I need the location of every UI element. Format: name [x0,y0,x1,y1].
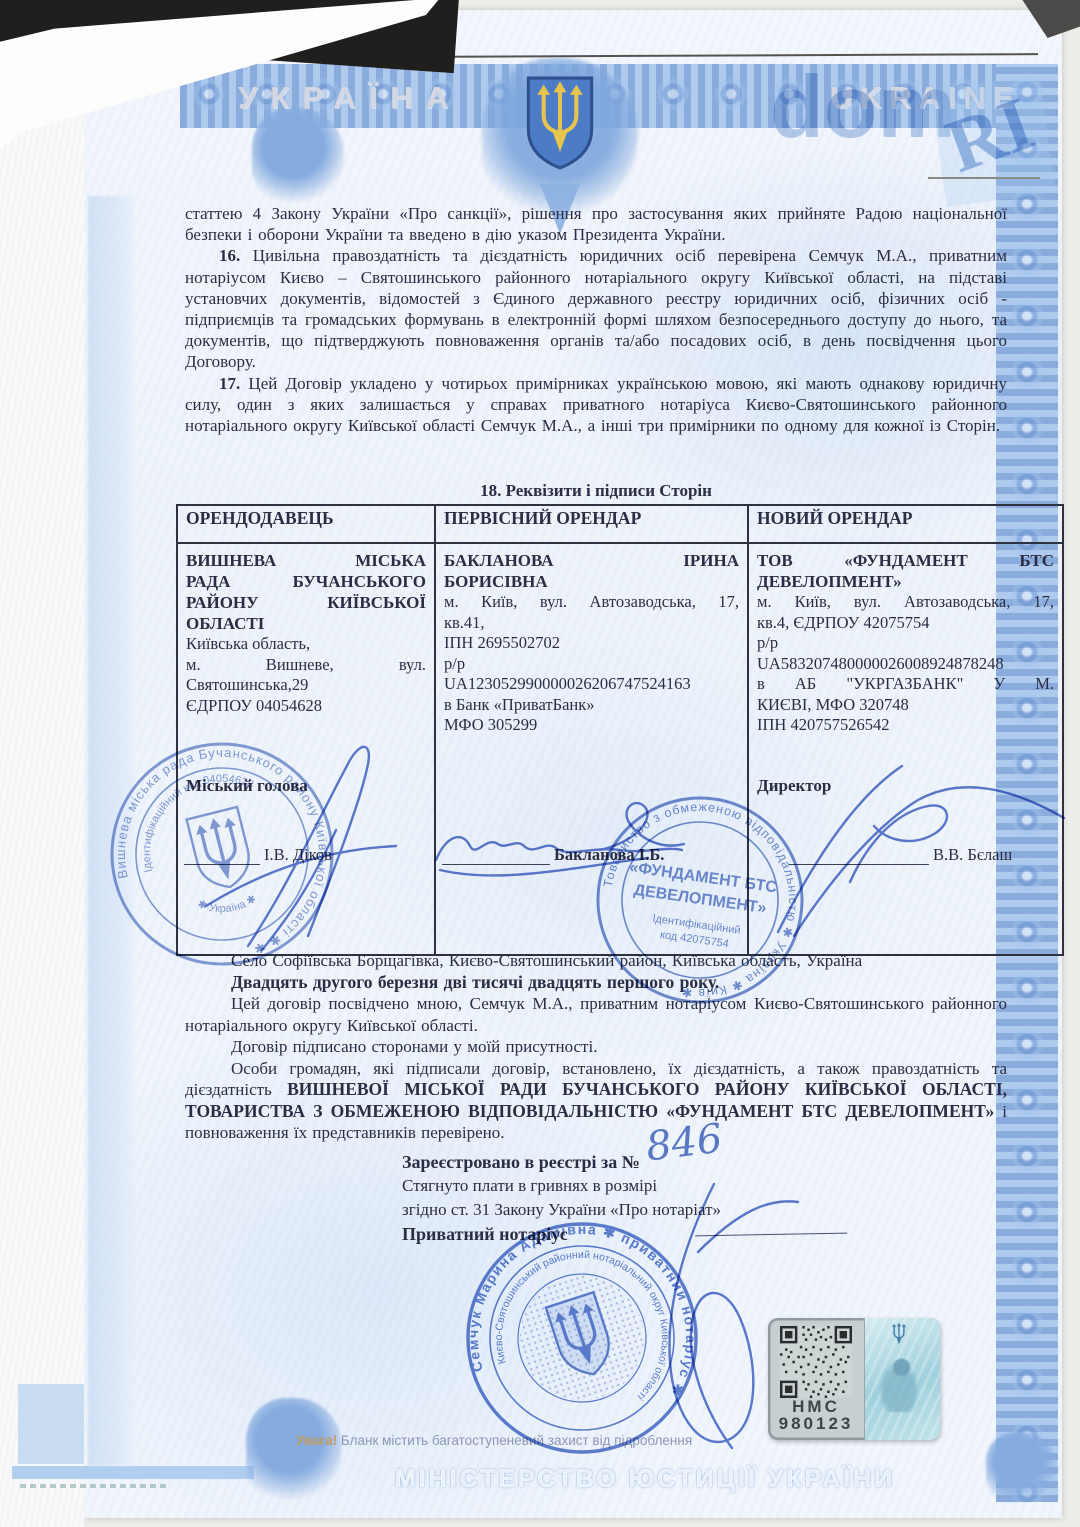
new-tenant-edrpou: кв.4, ЄДРПОУ 42075754 [757,613,1054,634]
first-tenant-address-line: м. Київ, вул. Автозаводська, 17, [444,592,739,613]
paragraph-sanctions: статтею 4 Закону України «Про санкції», … [185,203,1007,245]
left-margin-micro-print [20,1484,170,1488]
council-stamp-country-text: ✱ Україна ✱ [193,885,259,923]
landlord-name-line: РАДА БУЧАНСЬКОГО [186,571,426,592]
ministry-title: МІНІСТЕРСТВО ЮСТИЦІЇ УКРАЇНИ [395,1465,895,1494]
closing-verified-parties: ВИШНЕВОЇ МІСЬКОЇ РАДИ БУЧАНСЬКОГО РАЙОНУ… [185,1079,1007,1121]
table-header-row: ОРЕНДОДАВЕЦЬ ПЕРВІСНИЙ ОРЕНДАР НОВИЙ ОРЕ… [177,505,1063,543]
hologram-qr-panel: HMC 980123 [768,1318,864,1440]
first-tenant-name-line: БОРИСІВНА [444,571,739,592]
paragraph-16-text: Цивільна правоздатність та дієздатність … [185,246,1007,371]
first-tenant-bank: в Банк «ПриватБанк» [444,695,739,716]
scan-edge-line [928,177,1040,179]
hologram-code: HMC 980123 [779,1398,854,1432]
hologram-trident-icon [891,1323,907,1345]
closing-certified: Цей договір посвідчено мною, Семчук М.А.… [185,993,1007,1036]
header-new-tenant: НОВИЙ ОРЕНДАР [748,505,1063,543]
ministry-band: МІНІСТЕРСТВО ЮСТИЦІЇ УКРАЇНИ [252,1456,1038,1502]
new-tenant-ipn: ІПН 420757526542 [757,715,1054,736]
registry-registered-label: Зареєстровано в реєстрі за № [402,1150,882,1174]
hologram-image-panel [864,1318,940,1440]
paragraph-17-text: Цей Договір укладено у чотирьох примірни… [185,374,1007,435]
new-tenant-name-line: ТОВ «ФУНДАМЕНТ БТС [757,550,1054,571]
landlord-name-line: ВИШНЕВА МІСЬКА [186,550,426,571]
new-tenant-signer-name: В.В. Бєлаш [929,845,1016,865]
new-tenant-bank-line: в АБ "УКРГАЗБАНК" У М. [757,674,1054,695]
footer-warning-lead: Увага! [296,1433,337,1448]
landlord-address-line: Святошинська,29 [186,675,426,696]
company-round-stamp: Товариство з обмеженою відповідальністю … [578,778,822,1022]
paragraph-17-number: 17. [219,374,240,393]
table-title: 18. Реквізити і підписи Сторін [185,481,1007,501]
header-landlord: ОРЕНДОДАВЕЦЬ [177,505,435,543]
notary-signature-line [695,1207,847,1237]
left-margin-blue-block [18,1384,84,1464]
new-tenant-account-label: р/р [757,633,1054,654]
paragraph-16: 16. Цивільна правоздатність та дієздатні… [185,245,1007,372]
watermark-dom: dom [770,56,956,158]
first-tenant-account-label: р/р [444,654,739,675]
signature-line [442,844,550,865]
coat-of-arms-emblem [488,56,632,214]
contract-paragraphs: статтею 4 Закону України «Про санкції», … [185,203,1007,436]
paragraph-16-number: 16. [219,246,240,265]
new-tenant-name-line: ДЕВЕЛОПМЕНТ» [757,571,1054,592]
first-tenant-address-line: кв.41, [444,613,739,634]
left-margin-blue-strip [12,1466,254,1479]
hologram-figure [875,1356,923,1412]
first-tenant-ipn: ІПН 2695502702 [444,633,739,654]
header-first-tenant: ПЕРВІСНИЙ ОРЕНДАР [435,505,748,543]
masthead-country-ukrainian: УКРАЇНА [238,80,461,116]
landlord-name-line: ОБЛАСТІ [186,613,426,634]
new-tenant-bank-line: КИЄВІ, МФО 320748 [757,695,1054,716]
svg-text:✱ Україна ✱: ✱ Україна ✱ [193,885,259,923]
landlord-name-line: РАЙОНУ КИЇВСЬКОЇ [186,592,426,613]
hologram-code-prefix: HMC [779,1398,854,1415]
first-tenant-iban: UA123052990000026206747524163 [444,674,739,695]
closing-verified: Особи громадян, які підписали договір, в… [185,1058,1007,1144]
hologram-code-number: 980123 [779,1415,854,1432]
scanner-left-margin [0,0,84,1527]
trident-shield-icon [524,74,596,172]
council-stamp-trident-icon [187,807,256,893]
first-tenant-name-line: БАКЛАНОВА ІРИНА [444,550,739,571]
new-tenant-role-label: Директор [757,776,831,796]
paragraph-17: 17. Цей Договір укладено у чотирьох прим… [185,373,1007,437]
hologram-sticker: HMC 980123 [768,1318,940,1440]
registry-number-handwritten: 846 [643,1116,724,1171]
landlord-address-line: Київська область, [186,634,426,655]
landlord-address-line: м. Вишневе, вул. [186,655,426,676]
new-tenant-address-line: м. Київ, вул. Автозаводська, 17, [757,592,1054,613]
new-tenant-iban: UA583207480000026008924878248 [757,654,1054,675]
qr-code [780,1326,852,1398]
closing-signed: Договір підписано сторонами у моїй прису… [185,1036,1007,1058]
first-tenant-mfo: МФО 305299 [444,715,739,736]
